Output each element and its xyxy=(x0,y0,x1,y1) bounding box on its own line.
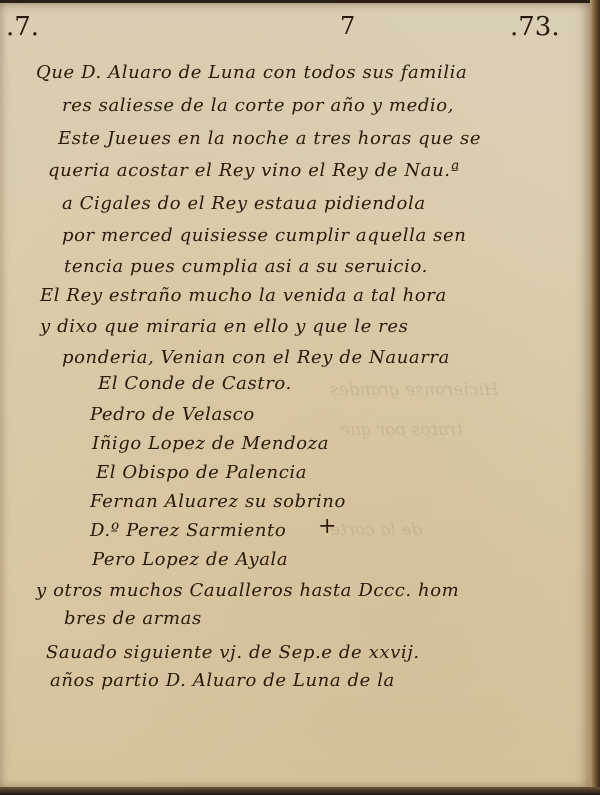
text-line: Este Jueues en la noche a tres horas que… xyxy=(58,128,481,149)
page-bottom-shadow xyxy=(0,787,600,795)
cross-mark-icon: + xyxy=(318,514,336,539)
companion-name: Pedro de Velasco xyxy=(90,404,255,425)
text-line: por merced quisiesse cumplir aquella sen xyxy=(62,225,466,246)
text-line: años partio D. Aluaro de Luna de la xyxy=(50,670,395,691)
text-line: Que D. Aluaro de Luna con todos sus fami… xyxy=(36,62,467,83)
text-line: a Cigales do el Rey estaua pidiendola xyxy=(62,193,426,214)
text-line: y dixo que miraria en ello y que le res xyxy=(40,316,408,337)
companion-name: Pero Lopez de Ayala xyxy=(92,549,288,570)
bleed-through-text: de la corte xyxy=(330,520,422,540)
text-line: El Rey estraño mucho la venida a tal hor… xyxy=(40,285,447,306)
companion-name: Iñigo Lopez de Mendoza xyxy=(92,433,329,454)
text-line: res saliesse de la corte por año y medio… xyxy=(62,95,454,116)
text-line: bres de armas xyxy=(64,608,202,629)
folio-number-center: 7 xyxy=(340,14,355,38)
text-line: queria acostar el Rey vino el Rey de Nau… xyxy=(48,160,460,181)
companion-name: Fernan Aluarez su sobrino xyxy=(90,491,346,512)
text-line: tencia pues cumplia asi a su seruicio. xyxy=(64,256,428,277)
folio-number-right: .73. xyxy=(510,14,560,40)
page-binding-edge xyxy=(590,0,600,795)
bleed-through-text: tratos por que xyxy=(340,420,463,440)
text-line: y otros muchos Caualleros hasta Dccc. ho… xyxy=(36,580,459,601)
text-line: ponderia, Venian con el Rey de Nauarra xyxy=(62,347,450,368)
companion-name: El Conde de Castro. xyxy=(98,373,292,394)
folio-number-left: .7. xyxy=(6,14,39,40)
bleed-through-text: Hicieronse grandes xyxy=(330,380,499,400)
companion-name: El Obispo de Palencia xyxy=(96,462,307,483)
text-line: Sauado siguiente vj. de Sep.e de xxvij. xyxy=(46,642,420,663)
companion-name: D.º Perez Sarmiento xyxy=(90,520,286,541)
